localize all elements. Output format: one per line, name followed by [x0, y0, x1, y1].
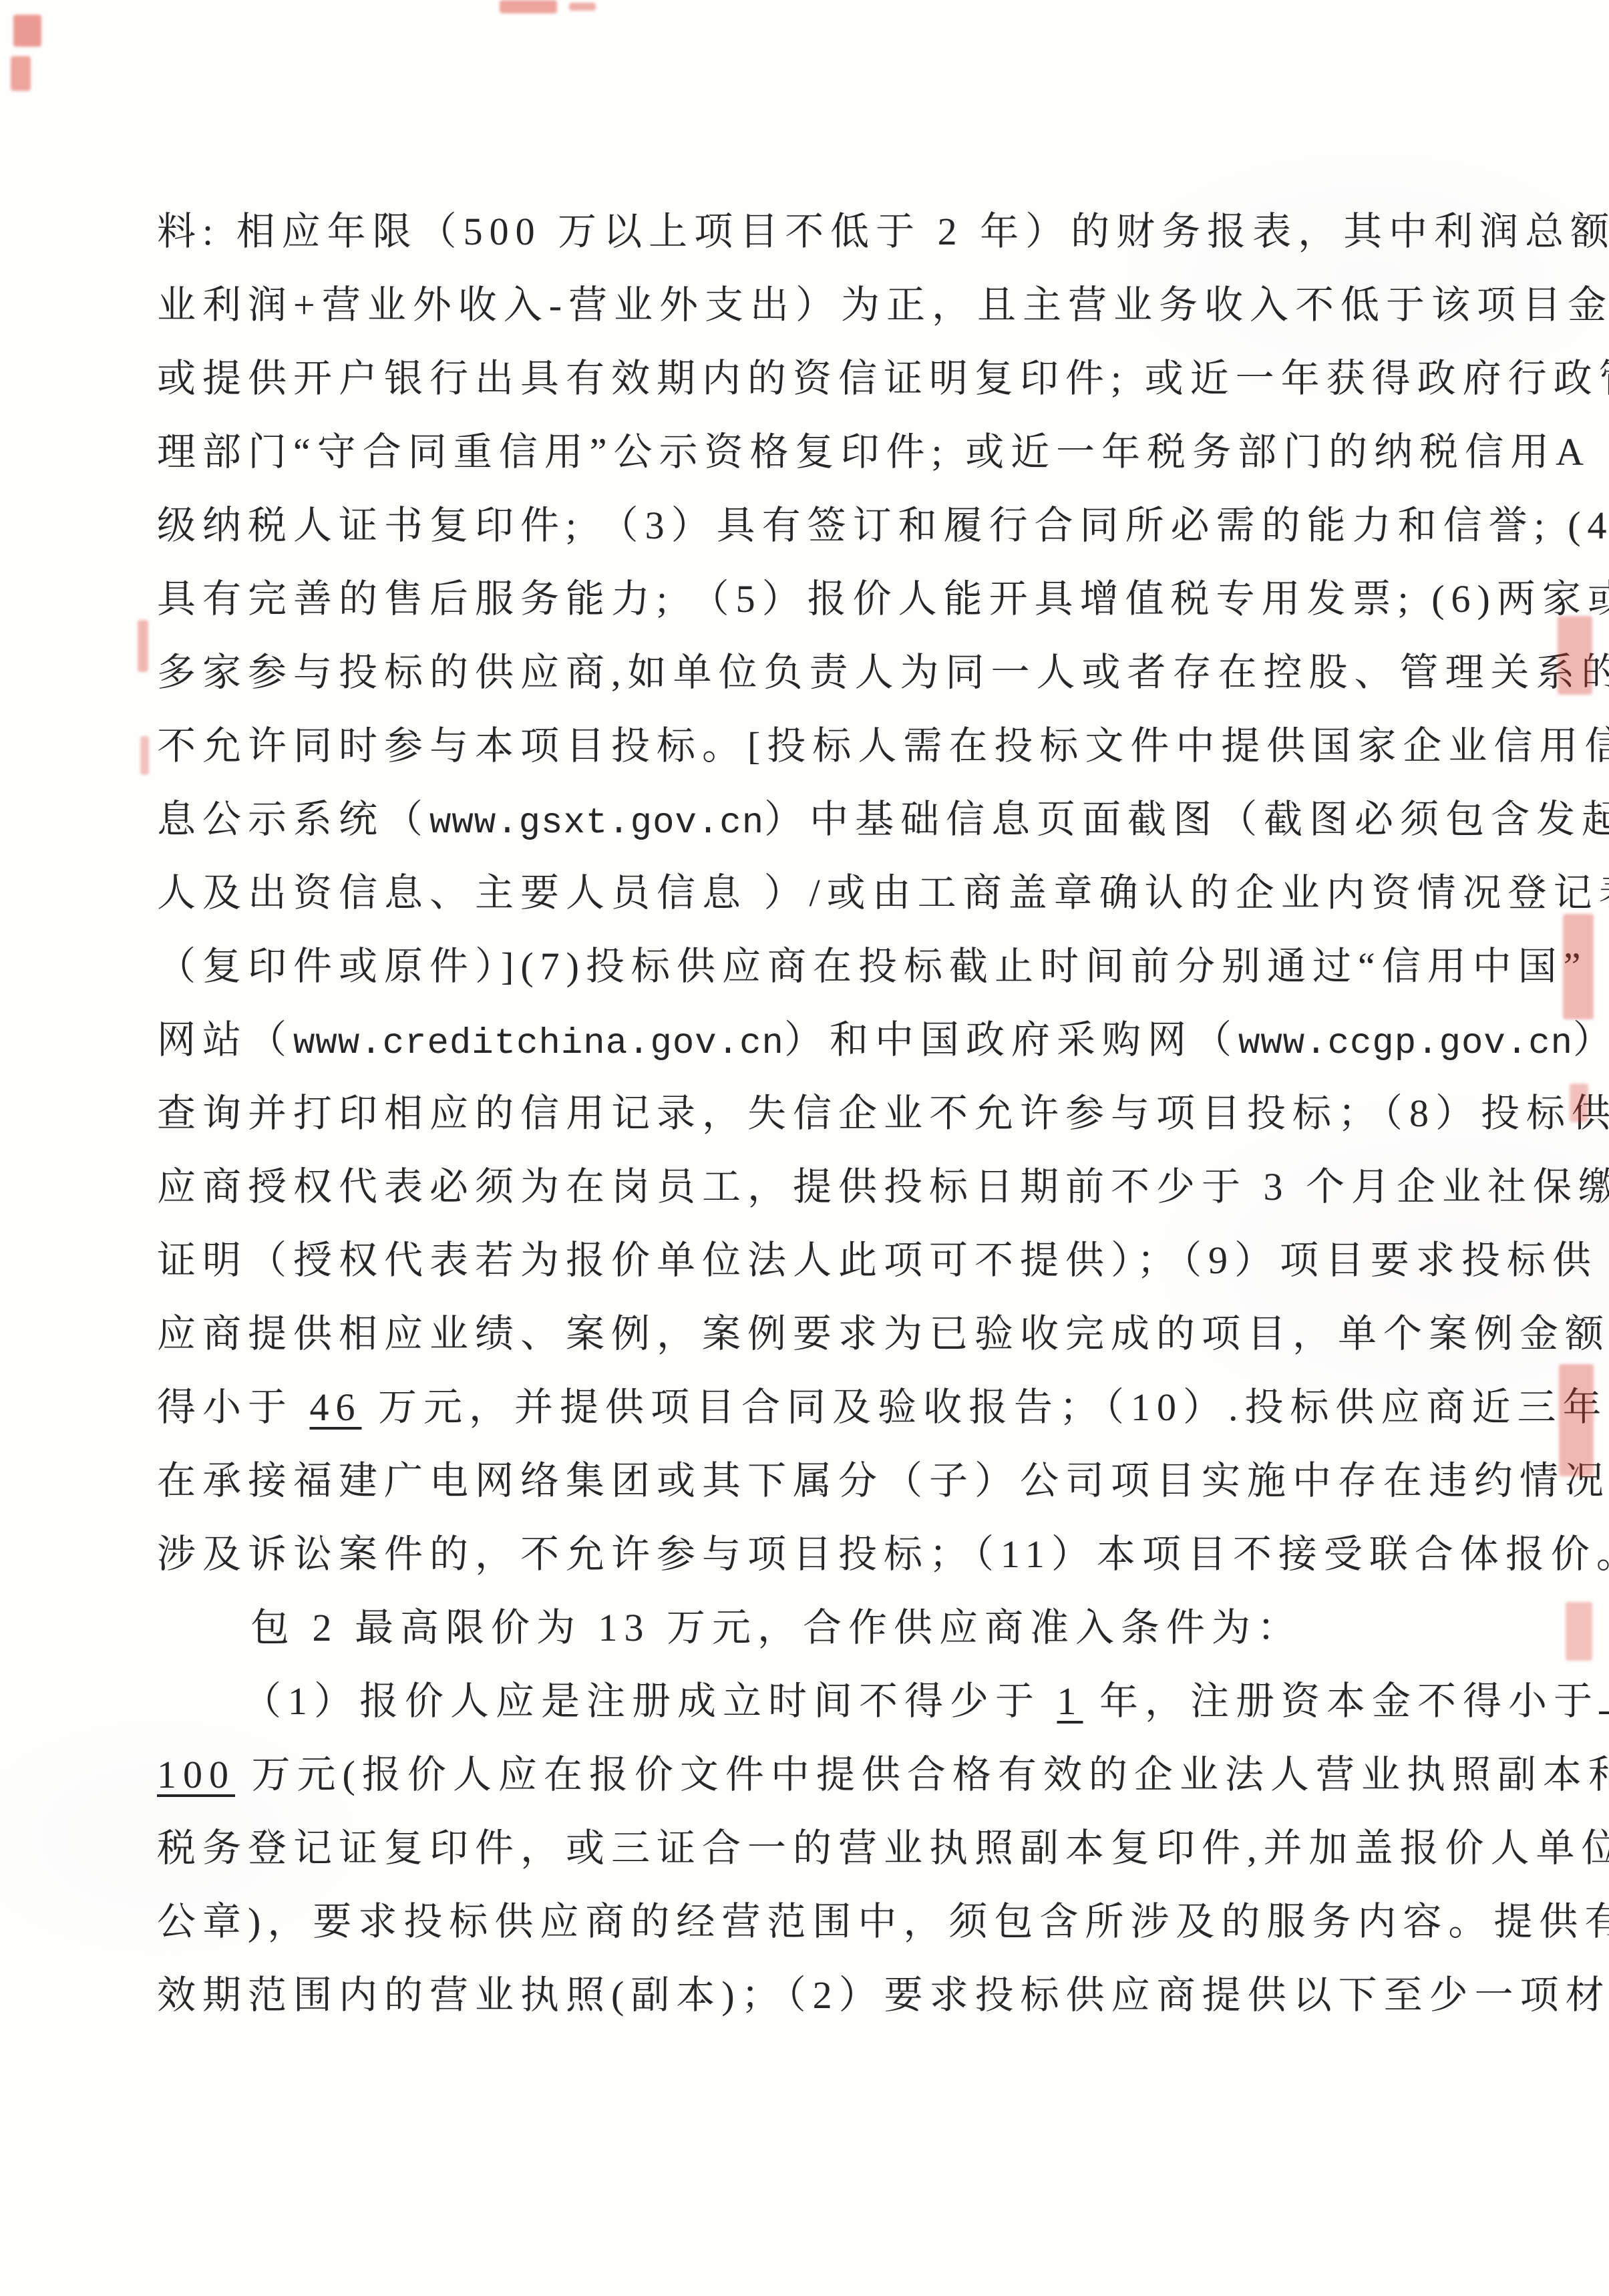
- text-segment: 效期范围内的营业执照(副本)；（2）要求投标供应商提供以下至少一项材: [157, 1973, 1609, 2017]
- text-segment: 应商提供相应业绩、案例，案例要求为已验收完成的项目，单个案例金额不: [157, 1312, 1609, 1355]
- url-text: www.ccgp.gov.cn: [1238, 1023, 1573, 1064]
- underlined-text: 46: [310, 1385, 362, 1429]
- text-segment: 涉及诉讼案件的，不允许参与项目投标；（11）本项目不接受联合体报价。: [157, 1532, 1609, 1576]
- text-line-14: 应商授权代表必须为在岗员工，提供投标日期前不少于 3 个月企业社保缴纳: [157, 1150, 1486, 1224]
- text-line-15: 证明（授权代表若为报价单位法人此项可不提供）；（9）项目要求投标供: [157, 1224, 1486, 1297]
- text-line-21: （1）报价人应是注册成立时间不得少于 1 年，注册资本金不得小于: [157, 1665, 1486, 1738]
- text-line-25: 效期范围内的营业执照(副本)；（2）要求投标供应商提供以下至少一项材: [157, 1959, 1486, 2032]
- red-scan-artifact: [500, 0, 557, 13]
- url-text: www.creditchina.gov.cn: [293, 1023, 784, 1064]
- text-line-6: 具有完善的售后服务能力; （5）报价人能开具增值税专用发票; (6)两家或: [157, 562, 1486, 636]
- underlined-text: 1: [1057, 1679, 1083, 1723]
- underlined-text: 100: [157, 1753, 235, 1796]
- scanned-document-page: 料: 相应年限（500 万以上项目不低于 2 年）的财务报表，其中利润总额（营业…: [0, 0, 1609, 2296]
- text-line-5: 级纳税人证书复印件; （3）具有签订和履行合同所必需的能力和信誉; (4): [157, 489, 1486, 562]
- text-segment: 税务登记证复印件，或三证合一的营业执照副本复印件,并加盖报价人单位: [157, 1826, 1609, 1870]
- text-line-7: 多家参与投标的供应商,如单位负责人为同一人或者存在控股、管理关系的，: [157, 636, 1486, 709]
- text-line-10: 人及出资信息、主要人员信息 ）/或由工商盖章确认的企业内资情况登记表: [157, 856, 1486, 930]
- text-segment: （1）报价人应是注册成立时间不得少于: [242, 1679, 1057, 1723]
- text-segment: 应商授权代表必须为在岗员工，提供投标日期前不少于 3 个月企业社保缴纳: [157, 1165, 1609, 1208]
- text-line-23: 税务登记证复印件，或三证合一的营业执照副本复印件,并加盖报价人单位: [157, 1812, 1486, 1885]
- text-segment: 网站（: [157, 1018, 293, 1061]
- text-segment: 年，注册资本金不得小于: [1083, 1679, 1600, 1723]
- text-segment: 业利润+营业外收入-营业外支出）为正，且主营业务收入不低于该项目金额;: [157, 283, 1609, 327]
- text-line-24: 公章)，要求投标供应商的经营范围中，须包含所涉及的服务内容。提供有: [157, 1885, 1486, 1959]
- text-line-13: 查询并打印相应的信用记录，失信企业不允许参与项目投标；（8）投标供: [157, 1077, 1486, 1150]
- text-segment: ）: [1573, 1018, 1609, 1061]
- text-segment: 人及出资信息、主要人员信息 ）/或由工商盖章确认的企业内资情况登记表: [157, 871, 1609, 915]
- text-segment: 包 2 最高限价为 13 万元，合作供应商准入条件为：: [250, 1606, 1302, 1649]
- text-line-12: 网站（www.creditchina.gov.cn）和中国政府采购网（www.c…: [157, 1003, 1486, 1077]
- text-line-11: （复印件或原件）](7)投标供应商在投标截止时间前分别通过“信用中国”: [157, 930, 1486, 1003]
- text-line-18: 在承接福建广电网络集团或其下属分（子）公司项目实施中存在违约情况或: [157, 1444, 1486, 1518]
- text-line-3: 或提供开户银行出具有效期内的资信证明复印件; 或近一年获得政府行政管: [157, 342, 1486, 416]
- red-scan-artifact: [140, 736, 149, 775]
- text-segment: ）中基础信息页面截图（截图必须包含发起: [764, 798, 1609, 841]
- text-segment: 料: 相应年限（500 万以上项目不低于 2 年）的财务报表，其中利润总额（营: [157, 210, 1609, 253]
- text-segment: 理部门“守合同重信用”公示资格复印件; 或近一年税务部门的纳税信用A: [157, 430, 1590, 474]
- text-segment: 万元(报价人应在报价文件中提供合格有效的企业法人营业执照副本和: [235, 1753, 1609, 1796]
- text-segment: 查询并打印相应的信用记录，失信企业不允许参与项目投标；（8）投标供: [157, 1092, 1609, 1135]
- text-segment: 多家参与投标的供应商,如单位负责人为同一人或者存在控股、管理关系的，: [157, 651, 1609, 694]
- text-segment: 息公示系统（: [157, 798, 429, 841]
- text-segment: 得小于: [157, 1385, 310, 1429]
- text-segment: 具有完善的售后服务能力; （5）报价人能开具增值税专用发票; (6)两家或: [157, 577, 1609, 621]
- url-text: www.gsxt.gov.cn: [429, 803, 764, 844]
- blank-underline: [1599, 1674, 1609, 1714]
- text-line-20: 包 2 最高限价为 13 万元，合作供应商准入条件为：: [157, 1591, 1486, 1665]
- text-segment: 不允许同时参与本项目投标。[投标人需在投标文件中提供国家企业信用信: [157, 724, 1609, 768]
- text-line-9: 息公示系统（www.gsxt.gov.cn）中基础信息页面截图（截图必须包含发起: [157, 783, 1486, 856]
- red-scan-artifact: [138, 620, 148, 672]
- text-segment: （复印件或原件）](7)投标供应商在投标截止时间前分别通过“信用中国”: [157, 945, 1587, 988]
- red-scan-artifact: [11, 56, 31, 91]
- text-line-2: 业利润+营业外收入-营业外支出）为正，且主营业务收入不低于该项目金额;: [157, 269, 1486, 342]
- text-line-16: 应商提供相应业绩、案例，案例要求为已验收完成的项目，单个案例金额不: [157, 1297, 1486, 1371]
- document-text-block: 料: 相应年限（500 万以上项目不低于 2 年）的财务报表，其中利润总额（营业…: [157, 195, 1486, 2032]
- text-segment: 证明（授权代表若为报价单位法人此项可不提供）；（9）项目要求投标供: [157, 1239, 1598, 1282]
- text-line-8: 不允许同时参与本项目投标。[投标人需在投标文件中提供国家企业信用信: [157, 709, 1486, 783]
- text-segment: 或提供开户银行出具有效期内的资信证明复印件; 或近一年获得政府行政管: [157, 357, 1609, 400]
- text-line-22: 100 万元(报价人应在报价文件中提供合格有效的企业法人营业执照副本和: [157, 1738, 1486, 1812]
- text-segment: 公章)，要求投标供应商的经营范围中，须包含所涉及的服务内容。提供有: [157, 1900, 1609, 1943]
- text-line-19: 涉及诉讼案件的，不允许参与项目投标；（11）本项目不接受联合体报价。: [157, 1518, 1486, 1591]
- text-line-1: 料: 相应年限（500 万以上项目不低于 2 年）的财务报表，其中利润总额（营: [157, 195, 1486, 269]
- text-segment: 在承接福建广电网络集团或其下属分（子）公司项目实施中存在违约情况或: [157, 1459, 1609, 1502]
- red-scan-artifact: [1566, 1602, 1592, 1661]
- text-segment: 万元，并提供项目合同及验收报告；（10）.投标供应商近三年内，: [362, 1385, 1609, 1429]
- text-line-17: 得小于 46 万元，并提供项目合同及验收报告；（10）.投标供应商近三年内，: [157, 1371, 1486, 1444]
- red-scan-artifact: [13, 15, 41, 47]
- red-scan-artifact: [569, 3, 596, 11]
- text-line-4: 理部门“守合同重信用”公示资格复印件; 或近一年税务部门的纳税信用A: [157, 416, 1486, 489]
- text-segment: ）和中国政府采购网（: [784, 1018, 1238, 1061]
- text-segment: 级纳税人证书复印件; （3）具有签订和履行合同所必需的能力和信誉; (4): [157, 504, 1609, 547]
